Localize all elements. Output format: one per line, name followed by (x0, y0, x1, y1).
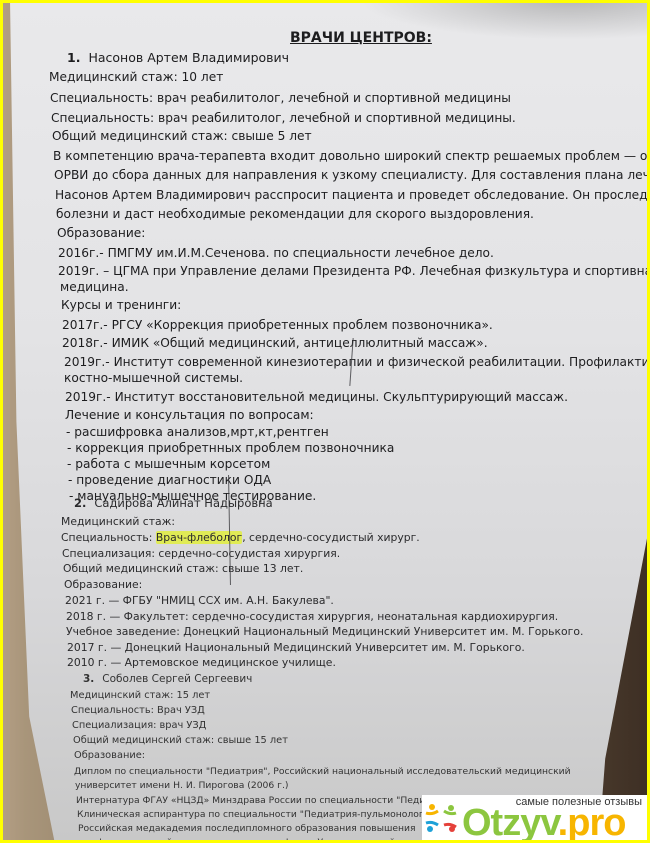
doctor-1-line: 2016г.- ПМГМУ им.И.М.Сеченова. по специа… (58, 246, 494, 261)
doctor-2-line: Образование: (64, 577, 142, 592)
doctor-1-line: костно-мышечной системы. (64, 371, 243, 386)
doctor-1-line: - проведение диагностики ОДА (68, 473, 271, 488)
document-content: ВРАЧИ ЦЕНТРОВ: 1.Насонов Артем Владимиро… (0, 0, 650, 843)
doctor-1-line: 2018г.- ИМИК «Общий медицинский, антицел… (62, 336, 488, 351)
doctor-1-line: Специальность: врач реабилитолог, лечебн… (51, 111, 516, 126)
doctor-1-line: В компетенцию врача-терапевта входит дов… (53, 149, 650, 164)
doctor-1-line: - работа с мышечным корсетом (67, 457, 270, 472)
doctor-2-specialty: Специальность: Врач-флеболог, сердечно-с… (61, 530, 420, 545)
doctor-name: Насонов Артем Владимирович (88, 50, 289, 65)
doctor-2-line: 2010 г. — Артемовское медицинское училищ… (67, 655, 336, 670)
doctor-3-line: Российская медакадемия последипломного о… (78, 821, 416, 836)
doctor-1-line: Общий медицинский стаж: свыше 5 лет (52, 129, 312, 144)
doctor-1-line: ОРВИ до сбора данных для направления к у… (54, 168, 650, 183)
doctor-3-line: Медицинский стаж: 15 лет (70, 688, 210, 703)
doctor-3-line: Специальность: Врач УЗД (71, 703, 205, 718)
doctor-1-line: Специальность: врач реабилитолог, лечебн… (50, 91, 511, 106)
doctor-2-line: Общий медицинский стаж: свыше 13 лет. (63, 561, 303, 576)
doctor-1-line: - коррекция приобретнных проблем позвоно… (67, 441, 394, 456)
doctor-3-line: Специализация: врач УЗД (72, 718, 206, 733)
doctor-2-line: Учебное заведение: Донецкий Национальный… (66, 624, 583, 639)
doctor-1-line: Насонов Артем Владимирович расспросит па… (55, 188, 650, 203)
doctor-1-line: Курсы и тренинги: (61, 298, 181, 313)
otzyv-watermark[interactable]: самые полезные отзывы Otzyv.pro (422, 795, 650, 843)
doctor-1-line: 2019г.- Институт восстановительной медиц… (65, 390, 568, 405)
doctor-2-line: 2021 г. — ФГБУ "НМИЦ ССХ им. А.Н. Бакуле… (65, 593, 334, 608)
doctor-number: 3. (83, 673, 94, 685)
doctor-2-line: 2017 г. — Донецкий Национальный Медицинс… (67, 640, 525, 655)
doctor-3-line: Образование: (74, 748, 145, 763)
doctor-1-line: болезни и даст необходимые рекомендации … (56, 207, 534, 222)
specialty-rest: , сердечно-сосудистый хирург. (242, 531, 420, 544)
doctor-1-line: - расшифровка анализов,мрт,кт,рентген (66, 425, 329, 440)
doctor-1-heading: 1.Насонов Артем Владимирович (67, 50, 289, 65)
doctor-2-line: Медицинский стаж: (61, 514, 175, 529)
specialty-label: Специальность: (61, 531, 156, 544)
doctor-1-line: медицина. (60, 280, 129, 295)
doctor-1-line: 2019г.- Институт современной кинезиотера… (64, 355, 650, 370)
doctor-3-line: профессиональной переподготовки на кафед… (79, 835, 421, 843)
doctor-1-line: Медицинский стаж: 10 лет (49, 70, 223, 85)
doctor-2-heading: 2.Садирова Алинат Надыровна (74, 496, 273, 511)
doctor-1-line: 2019г. – ЦГМА при Управление делами През… (58, 264, 650, 279)
doctor-1-line: 2017г.- РГСУ «Коррекция приобретенных пр… (62, 318, 493, 333)
brand-main: Otzyv (462, 802, 558, 843)
doctor-3-line: университет имени Н. И. Пирогова (2006 г… (75, 778, 289, 793)
doctor-3-heading: 3.Соболев Сергей Сергеевич (83, 672, 252, 687)
doctor-name: Соболев Сергей Сергеевич (102, 673, 252, 685)
watermark-brand: Otzyv.pro (462, 803, 625, 843)
doctor-name: Садирова Алинат Надыровна (94, 496, 272, 510)
otzyv-logo-icon (424, 801, 458, 839)
doctor-1-line: Лечение и консультация по вопросам: (65, 408, 314, 423)
doctor-1-line: Образование: (57, 226, 145, 241)
doctor-3-line: Клиническая аспирантура по специальности… (77, 807, 439, 822)
document-title: ВРАЧИ ЦЕНТРОВ: (290, 30, 432, 46)
doctor-number: 2. (74, 496, 86, 510)
doctor-3-line: Диплом по специальности "Педиатрия", Рос… (74, 764, 571, 779)
doctor-2-line: 2018 г. — Факультет: сердечно-сосудистая… (66, 609, 558, 624)
doctor-3-line: Общий медицинский стаж: свыше 15 лет (73, 733, 288, 748)
brand-suffix: .pro (558, 802, 626, 843)
doctor-2-line: Специализация: сердечно-сосудистая хирур… (62, 546, 340, 561)
doctor-number: 1. (67, 50, 80, 65)
